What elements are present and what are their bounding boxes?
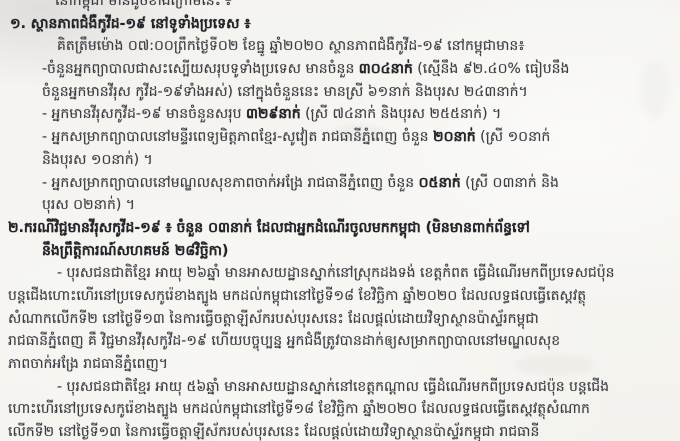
- text-segment: គិតត្រឹមម៉ោង ០៧:០០ព្រឹកថ្ងៃទី០២ ខែធ្នូ ឆ…: [57, 38, 524, 54]
- text-segment: សំណាកលើកទី២ នៅថ្ងៃទី១៣ នៃការធ្វើចត្តាឡីស…: [8, 311, 539, 327]
- section2-heading-line-1: ២.ករណីវិជ្ជមានវីរុសកូវីដ-១៩ ៖ ចំនួន ០៣នា…: [0, 217, 680, 240]
- highlighted-figure: ១. ស្ថានភាពជំងឺកូវីដ-១៩ នៅទូទាំងប្រទេស ៖: [10, 16, 250, 32]
- khmer-soviet-hospital-line-2: និងបុរស ១០នាក់) ។: [0, 149, 680, 172]
- highlighted-figure: ៣២៩នាក់: [246, 106, 301, 122]
- text-segment: - អ្នកសម្រាកព្យាបាលនៅមន្ទីរពេទ្យមិត្តភាព…: [42, 129, 433, 145]
- text-segment: បុរស ០២នាក់) ។: [42, 197, 135, 213]
- highlighted-figure: ០៥នាក់: [419, 175, 461, 191]
- chak-angre-health-center-line-2: បុរស ០២នាក់) ។: [0, 194, 680, 217]
- text-segment: - បុរសជនជាតិខ្មែរ អាយុ ២៦ឆ្នាំ មានអាសយដ្…: [57, 265, 615, 281]
- text-segment: លើកទី២ នៅថ្ងៃទី១៣ នៃការធ្វើចត្តាឡីស័ករបស…: [8, 424, 539, 440]
- case2-line-1: - បុរសជនជាតិខ្មែរ អាយុ ៥៦ឆ្នាំ មានអាសយដ្…: [0, 376, 680, 399]
- text-segment: -ចំនួនអ្នកព្យាបាលជាសះស្បើយសរុបទូទាំងប្រទ…: [42, 61, 359, 77]
- text-segment: និងបុរស ១០នាក់) ។: [42, 152, 153, 168]
- total-cases-line: - អ្នកមានវីរុសកូវីដ-១៩ មានចំនួនសរុប ៣២៩ន…: [0, 103, 680, 126]
- text-segment: (ស្មើនឹង ៩២.៤០% ធៀបនឹង: [413, 61, 570, 77]
- text-segment: ចំនួនអ្នកមានវីរុស កូវីដ-១៩ទាំងអស់) នៅក្ន…: [42, 84, 528, 100]
- text-segment: (ស្រី ៧៤នាក់ និងបុរស ២៥៥នាក់) ។: [301, 106, 502, 122]
- recovered-total-line-2: ចំនួនអ្នកមានវីរុស កូវីដ-១៩ទាំងអស់) នៅក្ន…: [0, 81, 680, 104]
- text-segment: ភាពចាក់អង្រែ រាជធានីភ្នំពេញ។: [8, 356, 168, 372]
- case1-line-4: រាជធានីភ្នំពេញ គឺ វិជ្ជមានវីរុសកូវីដ-១៩ …: [0, 330, 680, 353]
- scanned-document-page: នៅកម្ពុជា មានដូចខាងក្រោមនេះ ៖១. ស្ថានភាព…: [0, 0, 680, 441]
- text-segment: បន្តជើងហោះហើរនៅប្រទេសកូរ៉េខាងត្បូង មកដល់…: [8, 288, 586, 304]
- section1-asof-line: គិតត្រឹមម៉ោង ០៧:០០ព្រឹកថ្ងៃទី០២ ខែធ្នូ ឆ…: [0, 35, 680, 58]
- highlighted-figure: ២០នាក់: [433, 129, 476, 145]
- case1-line-1: - បុរសជនជាតិខ្មែរ អាយុ ២៦ឆ្នាំ មានអាសយដ្…: [0, 262, 680, 285]
- highlighted-figure: ២.ករណីវិជ្ជមានវីរុសកូវីដ-១៩ ៖ ចំនួន ០៣នា…: [8, 220, 530, 236]
- intro-fragment: នៅកម្ពុជា មានដូចខាងក្រោមនេះ ៖: [0, 0, 680, 13]
- chak-angre-health-center-line-1: - អ្នកសម្រាកព្យាបាលនៅមណ្ឌលសុខភាពចាក់អង្រ…: [0, 172, 680, 195]
- highlighted-figure: ៣០៤នាក់: [359, 61, 413, 77]
- section1-heading: ១. ស្ថានភាពជំងឺកូវីដ-១៩ នៅទូទាំងប្រទេស ៖: [0, 13, 680, 36]
- document-lines: នៅកម្ពុជា មានដូចខាងក្រោមនេះ ៖១. ស្ថានភាព…: [0, 0, 680, 441]
- highlighted-figure: នឹងព្រឹត្តិការណ៍សហគមន៍ ២៨វិច្ឆិកា): [42, 243, 228, 259]
- recovered-total-line-1: -ចំនួនអ្នកព្យាបាលជាសះស្បើយសរុបទូទាំងប្រទ…: [0, 58, 680, 81]
- case1-line-3: សំណាកលើកទី២ នៅថ្ងៃទី១៣ នៃការធ្វើចត្តាឡីស…: [0, 308, 680, 331]
- text-segment: រាជធានីភ្នំពេញ គឺ វិជ្ជមានវីរុសកូវីដ-១៩ …: [8, 333, 560, 349]
- khmer-soviet-hospital-line-1: - អ្នកសម្រាកព្យាបាលនៅមន្ទីរពេទ្យមិត្តភាព…: [0, 126, 680, 149]
- text-segment: - អ្នកមានវីរុសកូវីដ-១៩ មានចំនួនសរុប: [42, 106, 246, 122]
- case2-line-2: ហោះហើរនៅប្រទេសកូរ៉េខាងត្បូង មកដល់កម្ពុជា…: [0, 398, 680, 421]
- case2-line-3: លើកទី២ នៅថ្ងៃទី១៣ នៃការធ្វើចត្តាឡីស័ករបស…: [0, 421, 680, 441]
- section2-heading-line-2: នឹងព្រឹត្តិការណ៍សហគមន៍ ២៨វិច្ឆិកា): [0, 240, 680, 263]
- text-segment: (ស្រី ១០នាក់: [476, 129, 551, 145]
- case1-line-5: ភាពចាក់អង្រែ រាជធានីភ្នំពេញ។: [0, 353, 680, 376]
- text-segment: នៅកម្ពុជា មានដូចខាងក្រោមនេះ ៖: [55, 0, 231, 9]
- text-segment: ហោះហើរនៅប្រទេសកូរ៉េខាងត្បូង មកដល់កម្ពុជា…: [8, 401, 590, 417]
- text-segment: - អ្នកសម្រាកព្យាបាលនៅមណ្ឌលសុខភាពចាក់អង្រ…: [42, 175, 419, 191]
- text-segment: - បុរសជនជាតិខ្មែរ អាយុ ៥៦ឆ្នាំ មានអាសយដ្…: [57, 379, 609, 395]
- text-segment: (ស្រី ០៣នាក់ និង: [461, 175, 559, 191]
- case1-line-2: បន្តជើងហោះហើរនៅប្រទេសកូរ៉េខាងត្បូង មកដល់…: [0, 285, 680, 308]
